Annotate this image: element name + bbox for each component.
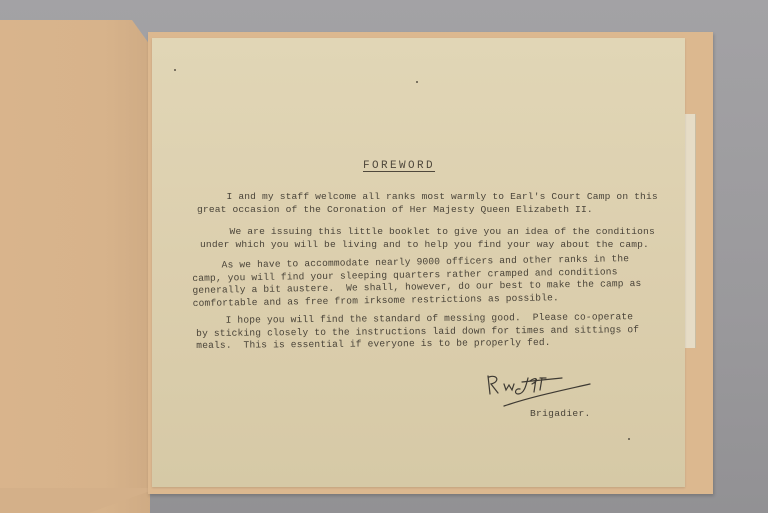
paper-speck xyxy=(416,81,418,83)
paper-speck xyxy=(174,69,176,71)
signatory-rank: Brigadier. xyxy=(530,408,591,419)
booklet-left-cover xyxy=(0,20,150,513)
paragraph-welcome: I and my staff welcome all ranks most wa… xyxy=(197,191,658,216)
foreword-page: FOREWORD I and my staff welcome all rank… xyxy=(152,38,685,487)
page-heading: FOREWORD xyxy=(363,160,435,172)
paper-speck xyxy=(628,438,630,440)
paragraph-messing: I hope you will find the standard of mes… xyxy=(196,311,639,353)
paragraph-booklet-purpose: We are issuing this little booklet to gi… xyxy=(200,226,655,251)
paragraph-accommodation: As we have to accommodate nearly 9000 of… xyxy=(192,253,642,310)
handwritten-signature xyxy=(484,372,594,412)
